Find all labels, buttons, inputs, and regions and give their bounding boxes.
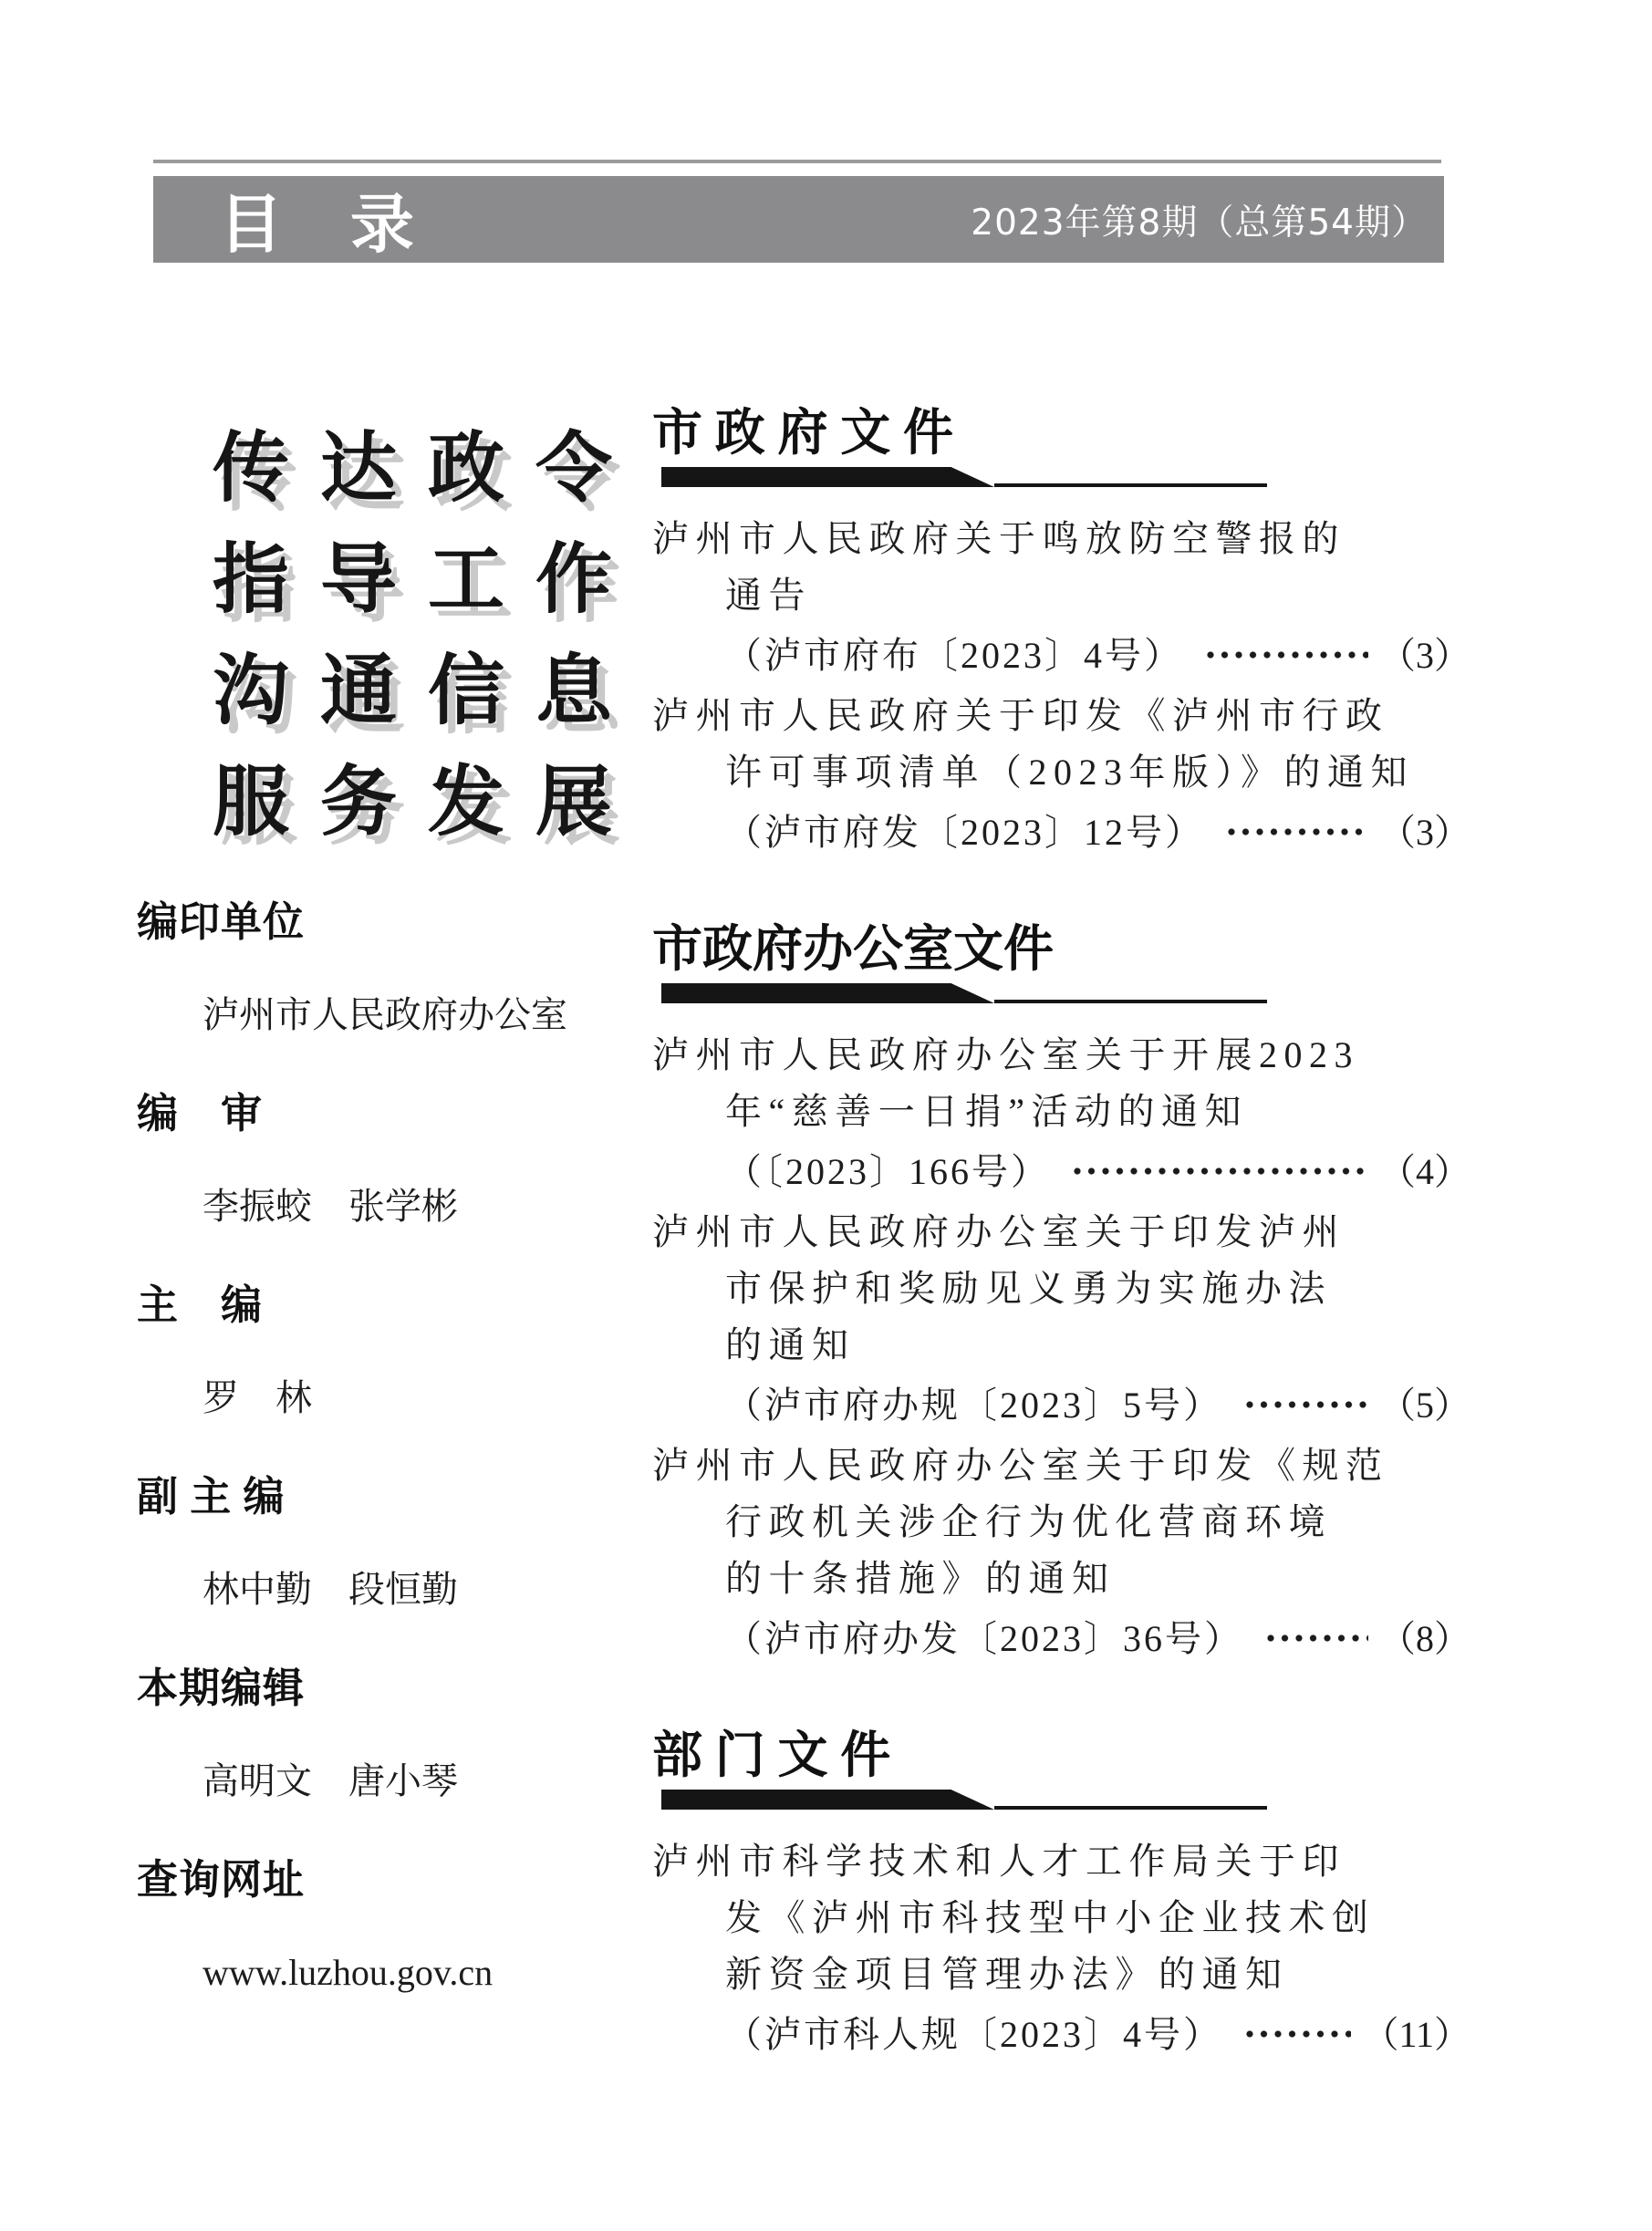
entry-title-line: 泸州市人民政府关于鸣放防空警报的	[652, 511, 1470, 567]
entry-ref-line: （泸市府布〔2023〕4号） （3）	[652, 624, 1470, 680]
page-title: 目 录	[219, 173, 416, 265]
toc-entry: 泸州市人民政府关于印发《泸州市行政 许可事项清单（2023年版）》的通知 （泸市…	[652, 688, 1470, 857]
entry-title-line: 的通知	[652, 1317, 1470, 1374]
entry-title-line: 行政机关涉企行为优化营商环境	[652, 1494, 1470, 1551]
masthead-row: 副 主 编 林中勤 段恒勤	[137, 1474, 629, 1613]
divider-rule	[994, 1806, 1267, 1810]
masthead-label-chief-editor: 主 编	[137, 1282, 629, 1328]
divider-trapezoid	[661, 1790, 994, 1810]
entry-title-line: 泸州市人民政府办公室关于印发泸州	[652, 1204, 1470, 1261]
masthead-value-publisher: 泸州市人民政府办公室	[203, 992, 629, 1038]
divider-rule	[994, 483, 1267, 487]
entry-title-line: 通告	[652, 567, 1470, 624]
entry-title-line: 泸州市人民政府办公室关于印发《规范	[652, 1437, 1470, 1494]
entry-ref-line: （泸市府办规〔2023〕5号） （5）	[652, 1374, 1470, 1430]
entry-list: 泸州市人民政府关于鸣放防空警报的 通告 （泸市府布〔2023〕4号） （3） 泸…	[652, 511, 1470, 857]
page-number: （4）	[1379, 1143, 1470, 1195]
slogan-line: 沟通信息	[213, 635, 629, 746]
website-url: www.luzhou.gov.cn	[203, 1950, 629, 1996]
left-column: 传达政令 指导工作 沟通信息 服务发展 编印单位 泸州市人民政府办公室 编 审 …	[137, 412, 629, 2049]
entry-ref-line: （泸市府办发〔2023〕36号） （8）	[652, 1607, 1470, 1664]
top-rule	[153, 160, 1441, 163]
masthead-label-deputy-editors: 副 主 编	[137, 1474, 629, 1520]
dotted-leader	[1207, 651, 1368, 659]
issue-label: 2023年第8期（总第54期）	[971, 194, 1428, 245]
masthead-label-issue-editors: 本期编辑	[137, 1665, 629, 1711]
toc-entry: 泸州市人民政府办公室关于印发《规范 行政机关涉企行为优化营商环境 的十条措施》的…	[652, 1437, 1470, 1664]
masthead-row: 编 审 李振蛟 张学彬	[137, 1091, 629, 1230]
divider-rule	[994, 1000, 1267, 1003]
section-title: 部 门 文 件	[652, 1726, 1470, 1786]
section-city-gov-documents: 市 政 府 文 件 泸州市人民政府关于鸣放防空警报的 通告 （泸市府布〔2023…	[652, 403, 1470, 857]
document-number: （泸市府办发〔2023〕36号）	[725, 1610, 1243, 1662]
entry-title-line: 泸州市科学技术和人才工作局关于印	[652, 1833, 1470, 1890]
entry-list: 泸州市科学技术和人才工作局关于印 发《泸州市科技型中小企业技术创 新资金项目管理…	[652, 1833, 1470, 2060]
document-number: （泸市府布〔2023〕4号）	[725, 627, 1183, 679]
section-divider	[652, 467, 1470, 491]
slogan: 传达政令 指导工作 沟通信息 服务发展	[213, 412, 629, 857]
masthead-value-deputy-editors: 林中勤 段恒勤	[203, 1567, 629, 1613]
page-number: （8）	[1379, 1610, 1470, 1662]
document-number: （泸市府办规〔2023〕5号）	[725, 1376, 1222, 1428]
entry-ref-line: （〔2023〕166号） （4）	[652, 1140, 1470, 1197]
masthead-value-issue-editors: 高明文 唐小琴	[203, 1759, 629, 1804]
dotted-leader	[1246, 2030, 1351, 2038]
entry-ref-line: （泸市科人规〔2023〕4号） （11）	[652, 2003, 1470, 2060]
masthead-label-publisher: 编印单位	[137, 899, 629, 945]
masthead-value-reviewers: 李振蛟 张学彬	[203, 1184, 629, 1230]
slogan-line: 指导工作	[213, 524, 629, 635]
section-title: 市 政 府 文 件	[652, 403, 1470, 463]
section-city-gov-office-documents: 市政府办公室文件 泸州市人民政府办公室关于开展2023 年“慈善一日捐”活动的通…	[652, 919, 1470, 1664]
entry-title-line: 新资金项目管理办法》的通知	[652, 1946, 1470, 2003]
divider-trapezoid	[661, 467, 994, 487]
entry-title-line: 泸州市人民政府关于印发《泸州市行政	[652, 688, 1470, 744]
entry-title-line: 市保护和奖励见义勇为实施办法	[652, 1261, 1470, 1317]
section-title: 市政府办公室文件	[652, 919, 1470, 980]
document-number: （泸市科人规〔2023〕4号）	[725, 2006, 1222, 2058]
entry-title-line: 发《泸州市科技型中小企业技术创	[652, 1890, 1470, 1946]
dotted-leader	[1246, 1401, 1368, 1408]
section-department-documents: 部 门 文 件 泸州市科学技术和人才工作局关于印 发《泸州市科技型中小企业技术创…	[652, 1726, 1470, 2060]
document-number: （〔2023〕166号）	[725, 1143, 1050, 1195]
masthead-label-website: 查询网址	[137, 1857, 629, 1903]
masthead-row: 编印单位 泸州市人民政府办公室	[137, 899, 629, 1038]
dotted-leader	[1228, 828, 1368, 835]
page-number: （5）	[1379, 1376, 1470, 1428]
dotted-leader	[1267, 1634, 1368, 1642]
toc-sections: 市 政 府 文 件 泸州市人民政府关于鸣放防空警报的 通告 （泸市府布〔2023…	[652, 403, 1470, 2122]
entry-list: 泸州市人民政府办公室关于开展2023 年“慈善一日捐”活动的通知 （〔2023〕…	[652, 1027, 1470, 1664]
masthead-value-chief-editor: 罗 林	[203, 1375, 629, 1421]
masthead-row: 本期编辑 高明文 唐小琴	[137, 1665, 629, 1804]
masthead-row: 查询网址 www.luzhou.gov.cn	[137, 1857, 629, 1996]
section-divider	[652, 1790, 1470, 1813]
section-divider	[652, 983, 1470, 1007]
entry-ref-line: （泸市府发〔2023〕12号） （3）	[652, 801, 1470, 857]
masthead-label-reviewers: 编 审	[137, 1091, 629, 1136]
toc-entry: 泸州市人民政府办公室关于开展2023 年“慈善一日捐”活动的通知 （〔2023〕…	[652, 1027, 1470, 1197]
slogan-line: 服务发展	[213, 746, 629, 857]
document-number: （泸市府发〔2023〕12号）	[725, 804, 1204, 856]
masthead-row: 主 编 罗 林	[137, 1282, 629, 1421]
page-number: （3）	[1379, 627, 1470, 679]
toc-entry: 泸州市人民政府办公室关于印发泸州 市保护和奖励见义勇为实施办法 的通知 （泸市府…	[652, 1204, 1470, 1430]
page-number: （3）	[1379, 804, 1470, 856]
gazette-toc-page: 目 录 2023年第8期（总第54期） 传达政令 指导工作 沟通信息 服务发展 …	[0, 0, 1652, 2231]
dotted-leader	[1074, 1167, 1368, 1175]
toc-entry: 泸州市人民政府关于鸣放防空警报的 通告 （泸市府布〔2023〕4号） （3）	[652, 511, 1470, 680]
page-number: （11）	[1362, 2006, 1470, 2058]
slogan-line: 传达政令	[213, 412, 629, 524]
header-bar: 目 录 2023年第8期（总第54期）	[153, 176, 1444, 263]
toc-entry: 泸州市科学技术和人才工作局关于印 发《泸州市科技型中小企业技术创 新资金项目管理…	[652, 1833, 1470, 2060]
masthead: 编印单位 泸州市人民政府办公室 编 审 李振蛟 张学彬 主 编 罗 林 副 主 …	[137, 899, 629, 1996]
divider-trapezoid	[661, 983, 994, 1003]
entry-title-line: 的十条措施》的通知	[652, 1551, 1470, 1607]
entry-title-line: 年“慈善一日捐”活动的通知	[652, 1084, 1470, 1140]
entry-title-line: 泸州市人民政府办公室关于开展2023	[652, 1027, 1470, 1084]
entry-title-line: 许可事项清单（2023年版）》的通知	[652, 744, 1470, 801]
